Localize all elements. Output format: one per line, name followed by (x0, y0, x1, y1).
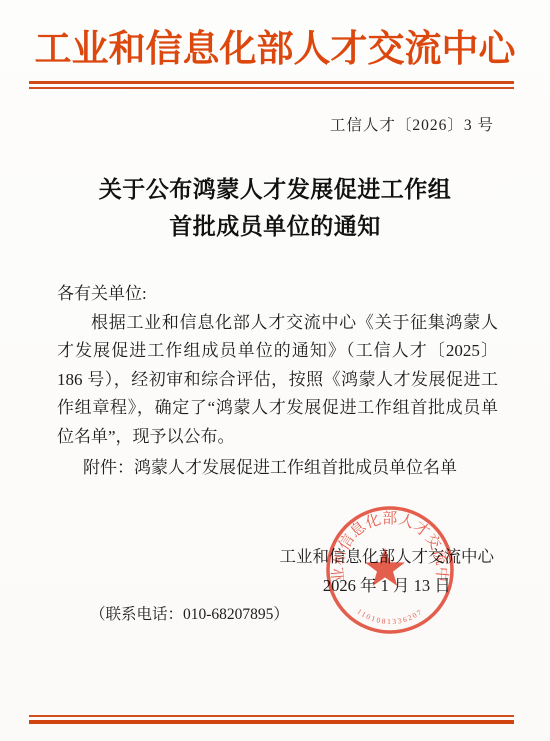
contact-phone-line: （联系电话：010-68207895） (90, 603, 289, 627)
body-paragraph: 根据工业和信息化部人才交流中心《关于征集鸿蒙人才发展促进工作组成员单位的通知》（… (57, 309, 498, 452)
signature-org: 工业和信息化部人才交流中心 (280, 543, 495, 572)
notice-title-line1: 关于公布鸿蒙人才发展促进工作组 (99, 177, 452, 202)
official-notice-page: 工业和信息化部人才交流中心 工信人才〔2026〕3 号 关于公布鸿蒙人才发展促进… (0, 0, 550, 741)
attachment-line: 附件：鸿蒙人才发展促进工作组首批成员单位名单 (57, 454, 498, 483)
footer-divider-thin (29, 715, 514, 717)
letterhead-org-title: 工业和信息化部人才交流中心 (0, 26, 550, 74)
document-reference-number: 工信人才〔2026〕3 号 (330, 113, 494, 135)
footer-divider-thick (29, 720, 514, 724)
salutation: 各有关单位: (57, 280, 498, 309)
seal-serial-number: 1101081336207 (355, 607, 424, 626)
signature-block: 工业和信息化部人才交流中心 2026 年 1 月 13 日 (280, 543, 495, 600)
header-divider-thin (29, 87, 514, 89)
header-divider-thick (29, 81, 514, 84)
notice-title: 关于公布鸿蒙人才发展促进工作组 首批成员单位的通知 (0, 171, 550, 245)
notice-body: 各有关单位: 根据工业和信息化部人才交流中心《关于征集鸿蒙人才发展促进工作组成员… (57, 280, 498, 451)
svg-text:1101081336207: 1101081336207 (355, 607, 424, 626)
signature-date: 2026 年 1 月 13 日 (280, 572, 495, 601)
notice-title-line2: 首批成员单位的通知 (169, 214, 381, 239)
